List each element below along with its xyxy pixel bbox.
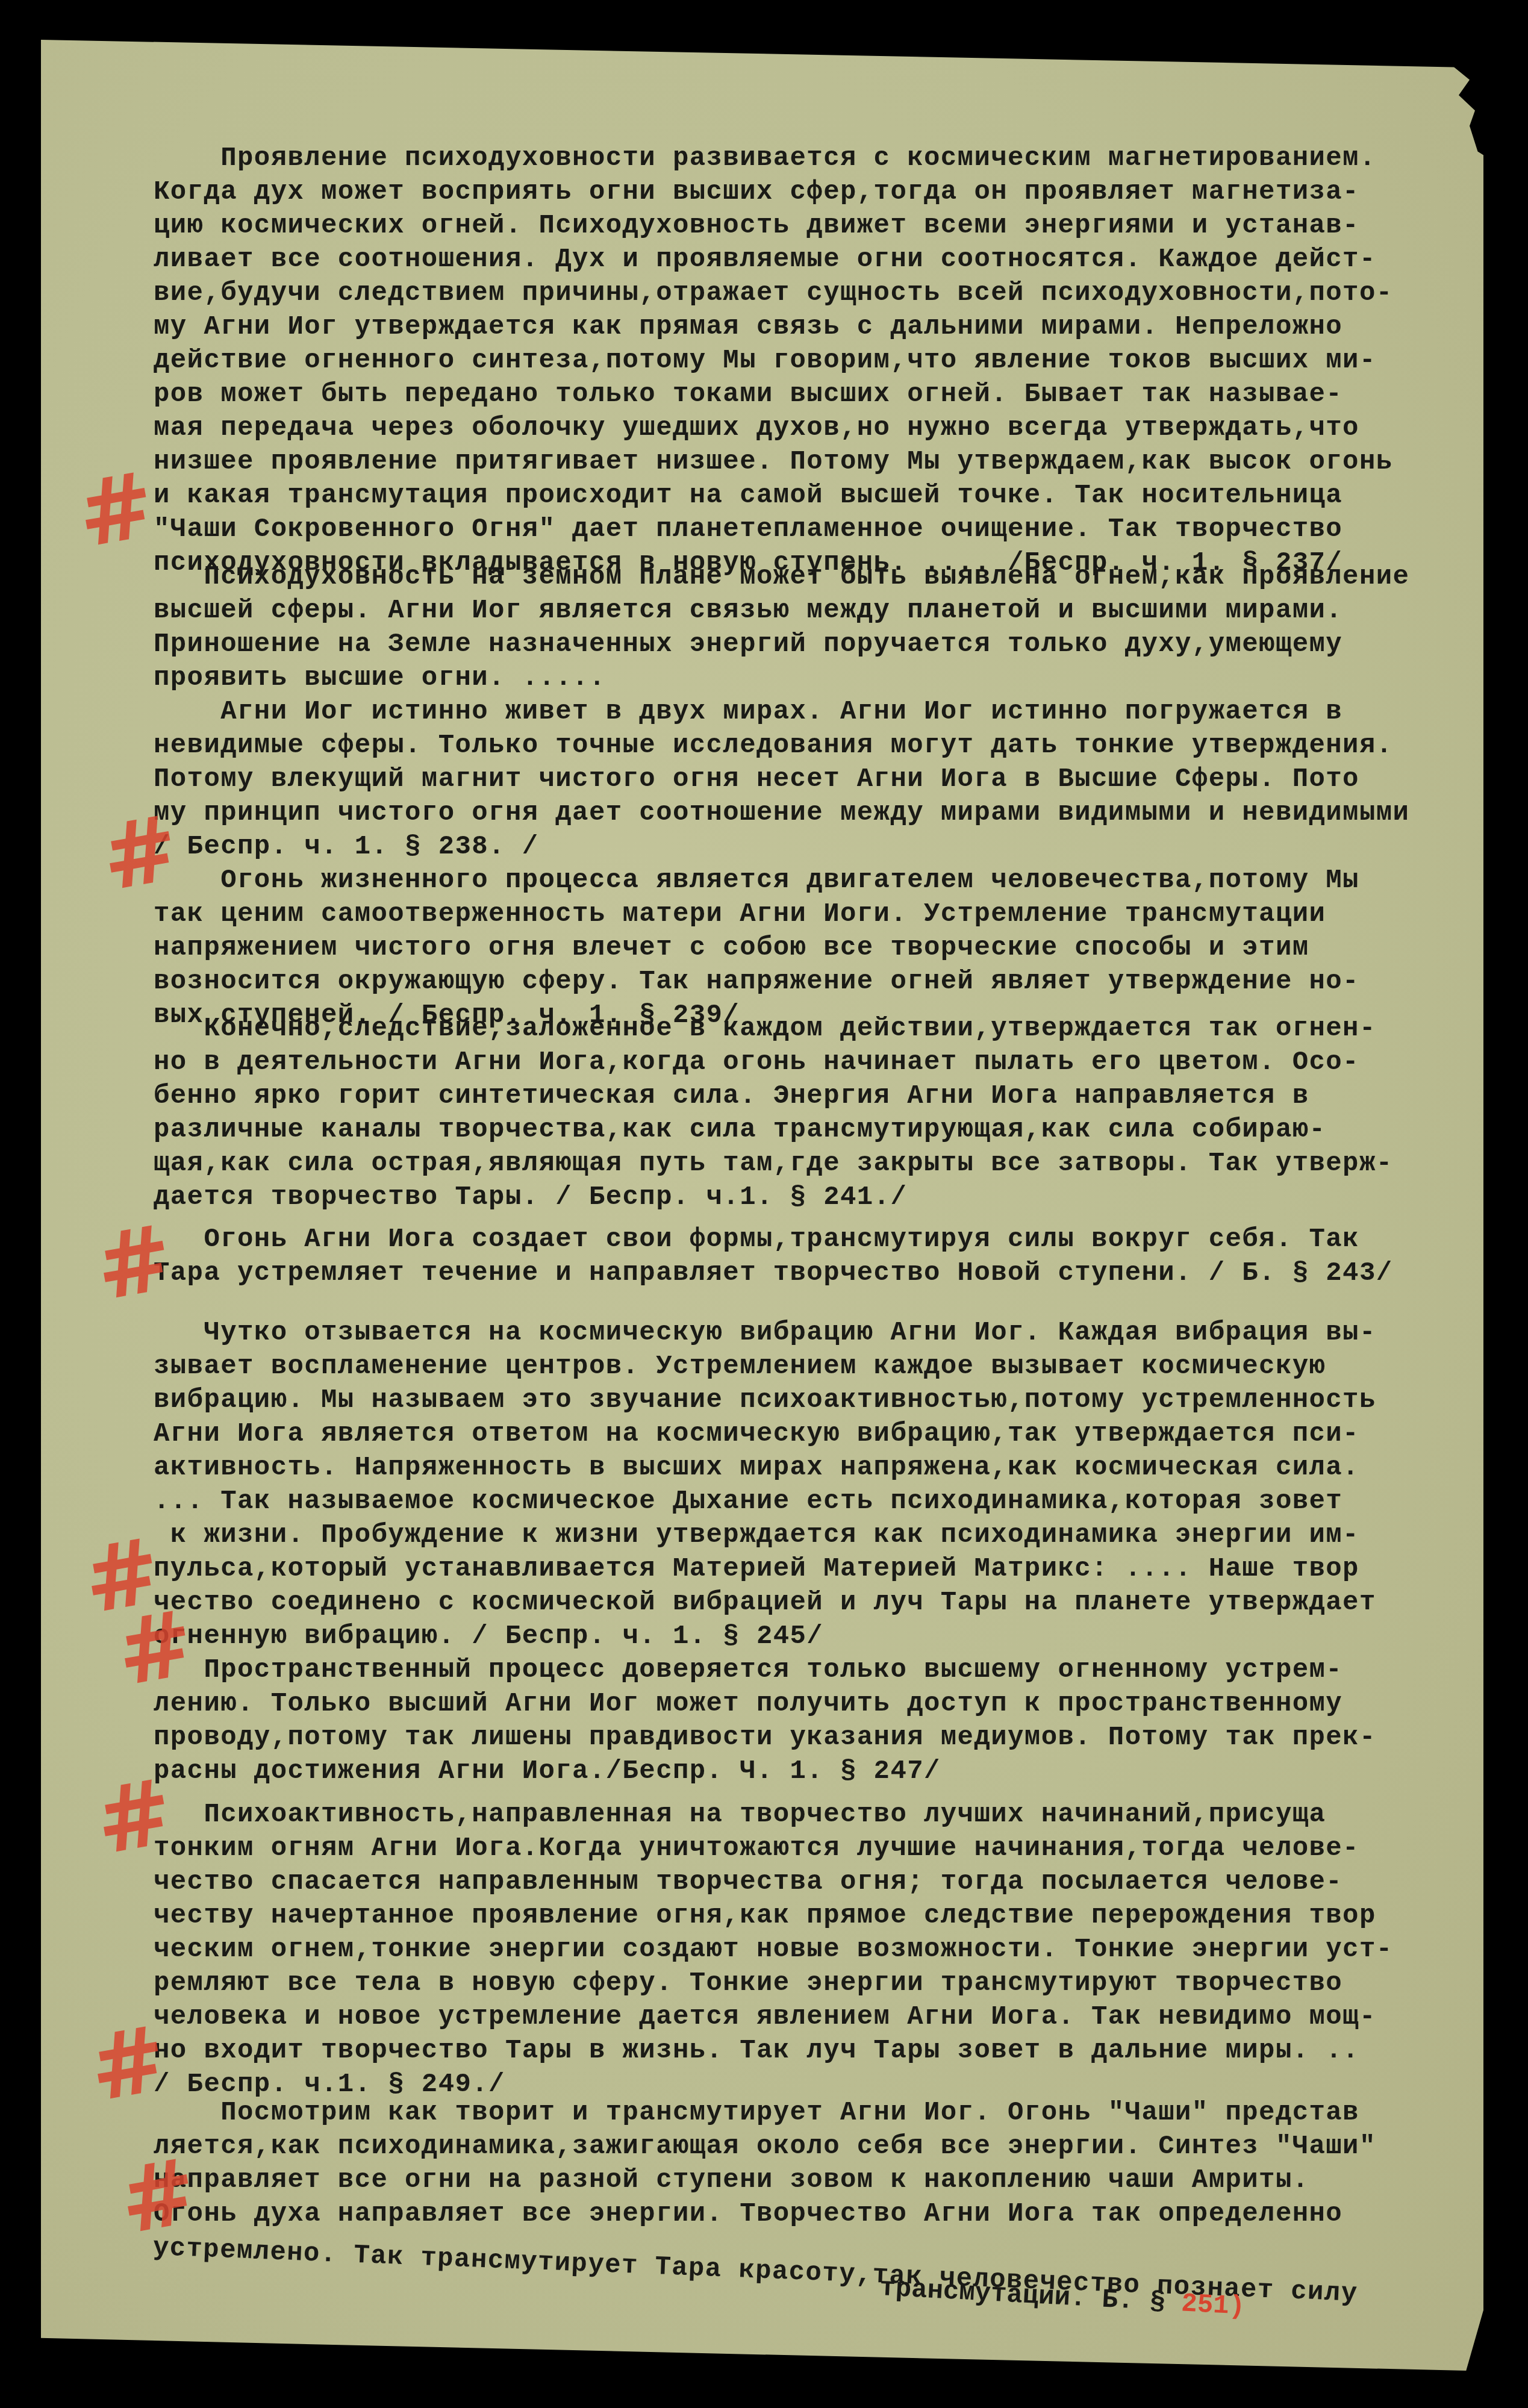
text-line: устремлено. Так трансмутирует Тара красо… [152, 2231, 1496, 2316]
typewritten-text: Проявление психодуховности развивается с… [0, 0, 1528, 2408]
text-line: дается творчество Тары. / Беспр. ч.1. § … [154, 1181, 1497, 1214]
text-line: Агни Иог истинно живет в двух мирах. Агн… [154, 695, 1497, 729]
text-line: Пространственный процесс доверяется толь… [154, 1653, 1497, 1687]
text-line: цию космических огней. Психодуховность д… [154, 209, 1497, 243]
text-line: возносится окружающую сферу. Так напряже… [154, 965, 1497, 999]
text-line: активность. Напряженность в высших мирах… [154, 1451, 1497, 1485]
text-line: Агни Иога является ответом на космическу… [154, 1417, 1497, 1451]
paragraph-247: Пространственный процесс доверяется толь… [154, 1653, 1497, 1788]
text-line: щая,как сила острая,являющая путь там,гд… [154, 1147, 1497, 1181]
text-line: но в деятельности Агни Иога,когда огонь … [154, 1046, 1497, 1079]
text-line: низшее проявление притягивает низшее. По… [154, 445, 1497, 479]
text-line: / Беспр. ч. 1. § 238. / [154, 830, 1497, 864]
text-line: ливает все соотношения. Дух и проявляемы… [154, 243, 1497, 276]
text-line: лению. Только высший Агни Иог может полу… [154, 1687, 1497, 1721]
text-line: зывает воспламенение центров. Устремлени… [154, 1350, 1497, 1383]
text-line: бенно ярко горит синтетическая сила. Эне… [154, 1079, 1497, 1113]
text-line: тонким огням Агни Иога.Когда уничтожаютс… [154, 1832, 1497, 1865]
text-line: и какая трансмутация происходит на самой… [154, 479, 1497, 513]
text-line: Потому влекущий магнит чистого огня несе… [154, 763, 1497, 796]
paragraph-241: Конечно,следствие,заложенное в каждом де… [154, 1012, 1497, 1214]
text-line: направляет все огни на разной ступени зо… [154, 2163, 1497, 2197]
paragraph-238-239: Психодуховность на земном плане может бы… [154, 560, 1497, 1032]
text-line: проявить высшие огни. ..... [154, 661, 1497, 695]
text-line: напряжением чистого огня влечет с собою … [154, 931, 1497, 965]
text-line: мая передача через оболочку ушедших духо… [154, 411, 1497, 445]
text-line: Чутко отзывается на космическую вибрацию… [154, 1316, 1497, 1350]
text-line: вибрацию. Мы называем это звучание психо… [154, 1383, 1497, 1417]
paragraph-237: Проявление психодуховности развивается с… [154, 142, 1497, 580]
text-line: пульса,который устанавливается Материей … [154, 1552, 1497, 1586]
text-line: Посмотрим как творит и трансмутирует Агн… [154, 2096, 1497, 2130]
paragraph-251: Посмотрим как творит и трансмутирует Агн… [154, 2096, 1497, 2265]
text-line: высшей сферы. Агни Иог является связью м… [154, 594, 1497, 628]
text-line: Когда дух может восприять огни высших сф… [154, 175, 1497, 209]
text-line: действие огненного синтеза,потому Мы гов… [154, 344, 1497, 378]
text-line: вие,будучи следствием причины,отражает с… [154, 276, 1497, 310]
text-line: ... Так называемое космическое Дыхание е… [154, 1485, 1497, 1518]
text-line: но входит творчество Тары в жизнь. Так л… [154, 2034, 1497, 2068]
text-line: Проявление психодуховности развивается с… [154, 142, 1497, 175]
text-line: Тара устремляет течение и направляет тво… [154, 1256, 1497, 1290]
text-line: му Агни Иог утверждается как прямая связ… [154, 310, 1497, 344]
text-line: невидимые сферы. Только точные исследова… [154, 729, 1497, 763]
text-line: различные каналы творчества,как сила тра… [154, 1113, 1497, 1147]
text-line: так ценим самоотверженность матери Агни … [154, 897, 1497, 931]
text-line: Психодуховность на земном плане может бы… [154, 560, 1497, 594]
text-line: честву начертанное проявление огня,как п… [154, 1899, 1497, 1933]
text-line: ров может быть передано только токами вы… [154, 378, 1497, 411]
text-line: Конечно,следствие,заложенное в каждом де… [154, 1012, 1497, 1046]
paragraph-245: Чутко отзывается на космическую вибрацию… [154, 1316, 1497, 1653]
text-line: Огонь Агни Иога создает свои формы,транс… [154, 1223, 1497, 1256]
text-line: к жизни. Пробуждение к жизни утверждаетс… [154, 1518, 1497, 1552]
text-line: ческим огнем,тонкие энергии создают новы… [154, 1933, 1497, 1967]
text-line: Огонь духа направляет все энергии. Творч… [154, 2197, 1497, 2231]
paragraph-243: Огонь Агни Иога создает свои формы,транс… [154, 1223, 1497, 1290]
text-line: расны достижения Агни Иога./Беспр. Ч. 1.… [154, 1755, 1497, 1788]
text-line: Приношение на Земле назначенных энергий … [154, 628, 1497, 661]
text-line: чество спасается направленным творчества… [154, 1865, 1497, 1899]
text-line: человека и новое устремление дается явле… [154, 2000, 1497, 2034]
text-line: Огонь жизненного процесса является двига… [154, 864, 1497, 897]
text-line: ляется,как психодинамика,зажигающая окол… [154, 2130, 1497, 2163]
text-line: му принцип чистого огня дает соотношение… [154, 796, 1497, 830]
text-line: огненную вибрацию. / Беспр. ч. 1. § 245/ [154, 1620, 1497, 1653]
text-line: чество соединено с космической вибрацией… [154, 1586, 1497, 1620]
paragraph-249: Психоактивность,направленная на творчест… [154, 1798, 1497, 2101]
text-line: проводу,потому так лишены правдивости ук… [154, 1721, 1497, 1755]
text-line: Психоактивность,направленная на творчест… [154, 1798, 1497, 1832]
text-line: "Чаши Сокровенного Огня" дает планетепла… [154, 513, 1497, 546]
handwritten-page-number: 251) [1180, 2289, 1246, 2322]
text-line: ремляют все тела в новую сферу. Тонкие э… [154, 1967, 1497, 2000]
